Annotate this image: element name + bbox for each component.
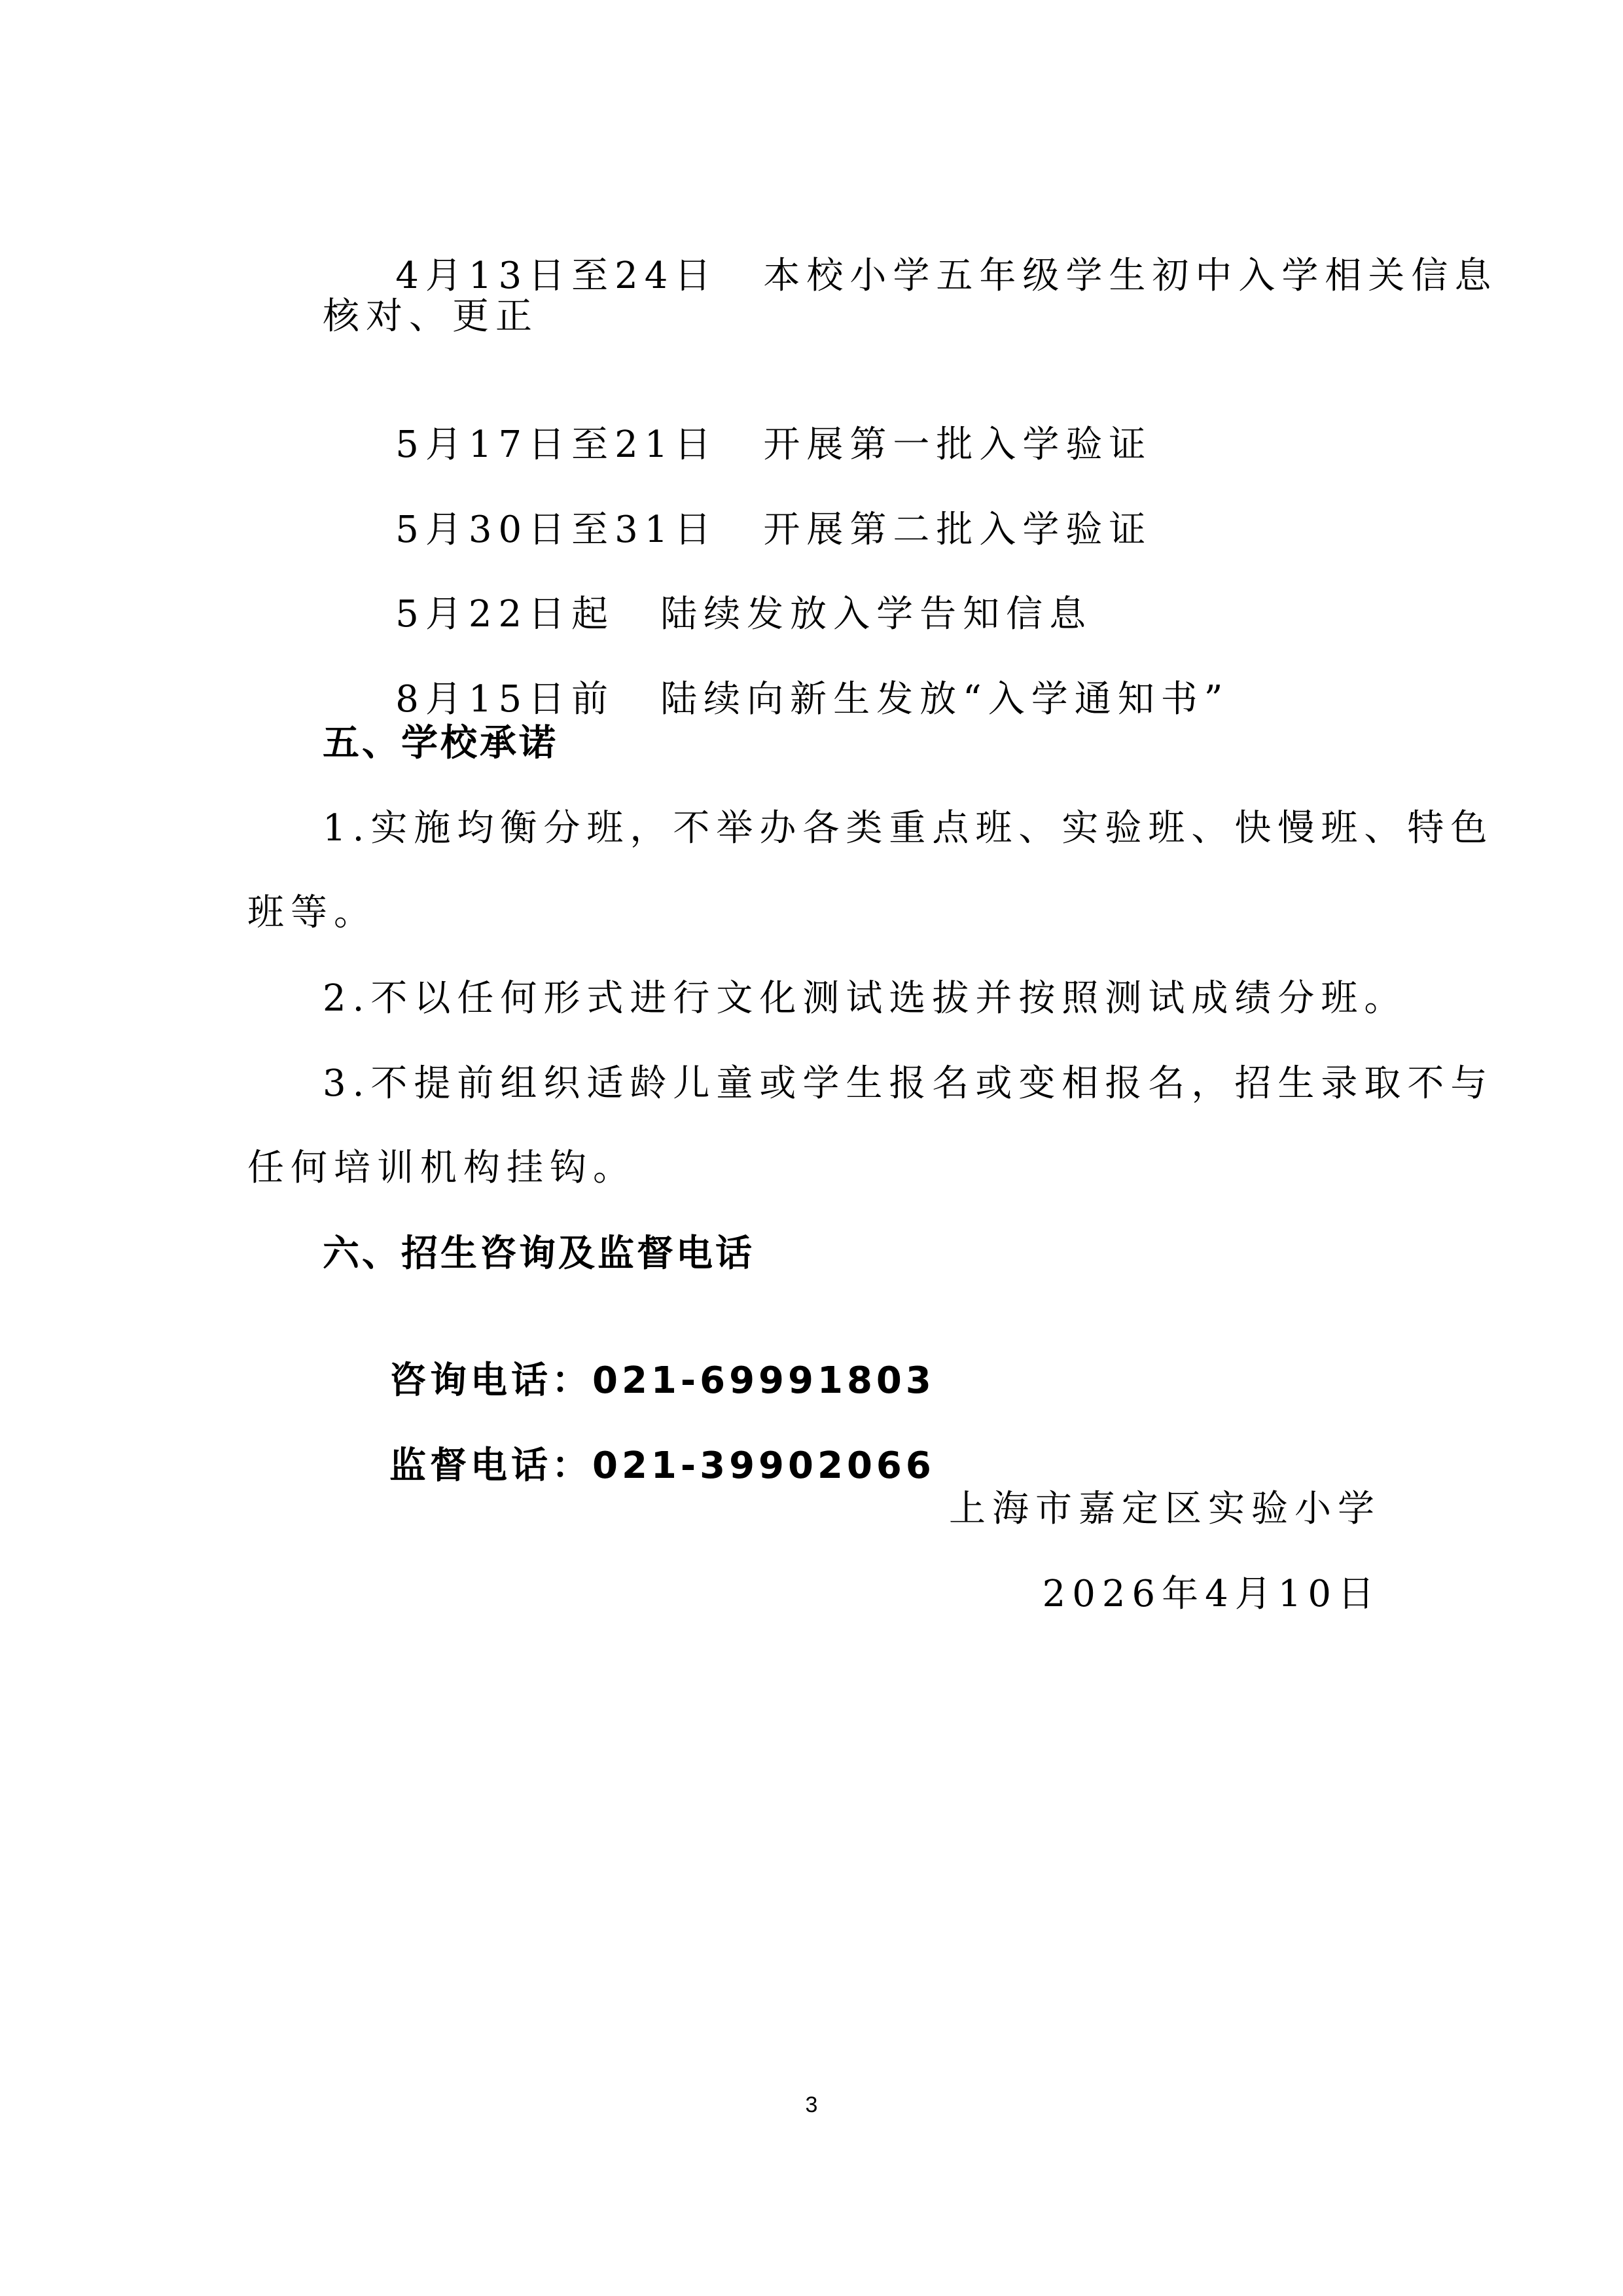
schedule-item-1-continuation: 核对、更正: [323, 296, 539, 338]
schedule-date: 5月17日至21日: [395, 423, 717, 466]
consult-phone-label: 咨询电话：: [389, 1359, 592, 1402]
commitment-3-line1: 3.不提前组织适龄儿童或学生报名或变相报名，招生录取不与: [323, 1063, 1493, 1105]
schedule-date: 4月13日至24日: [395, 255, 717, 297]
schedule-event: 本校小学五年级学生初中入学相关信息: [763, 255, 1497, 297]
supervise-phone-number: 021-39902066: [592, 1444, 935, 1487]
commitment-1-line2: 班等。: [247, 892, 377, 934]
commitment-3-line2: 任何培训机构挂钩。: [247, 1147, 636, 1189]
commitment-2-line1: 2.不以任何形式进行文化测试选拔并按照测试成绩分班。: [323, 978, 1407, 1020]
supervise-phone-line: 监督电话：021-39902066: [323, 1403, 935, 1529]
section-heading-contact: 六、招生咨询及监督电话: [323, 1233, 755, 1275]
page-number: 3: [0, 2092, 1623, 2118]
section-heading-commitments: 五、学校承诺: [323, 723, 558, 764]
schedule-event: 陆续发放入学告知信息: [660, 593, 1092, 636]
schedule-event: 陆续向新生发放“入学通知书”: [660, 678, 1229, 721]
schedule-date: 5月30日至31日: [395, 509, 717, 551]
document-page: 4月13日至24日本校小学五年级学生初中入学相关信息 核对、更正 5月17日至2…: [0, 0, 1623, 2296]
commitment-1-line1: 1.实施均衡分班，不举办各类重点班、实验班、快慢班、特色: [323, 808, 1493, 850]
schedule-date: 8月15日前: [395, 678, 615, 721]
consult-phone-number: 021-69991803: [592, 1359, 935, 1402]
schedule-event: 开展第一批入学验证: [763, 423, 1152, 466]
schedule-date: 5月22日起: [395, 593, 615, 636]
schedule-event: 开展第二批入学验证: [763, 509, 1152, 551]
signature-date: 2026年4月10日: [1043, 1573, 1381, 1615]
supervise-phone-label: 监督电话：: [389, 1444, 592, 1487]
signature-organization: 上海市嘉定区实验小学: [949, 1488, 1381, 1530]
